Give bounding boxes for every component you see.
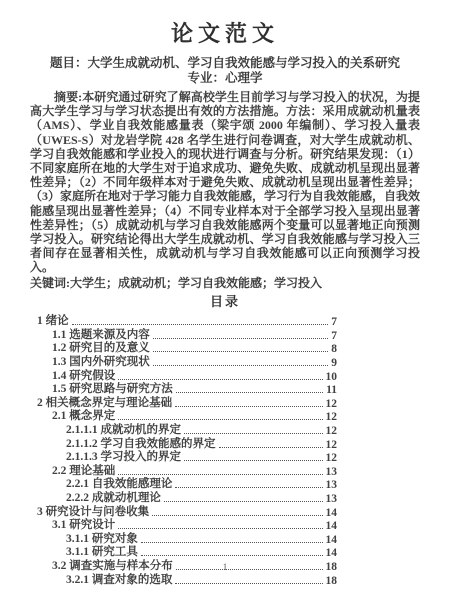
toc-dot-leader — [176, 392, 323, 393]
toc-entry-page: 12 — [326, 411, 338, 423]
toc-entry-page: 12 — [326, 425, 338, 437]
toc-entry-page: 12 — [326, 439, 338, 451]
toc-entry-page: 9 — [331, 357, 337, 369]
abstract-paragraph: 摘要:本研究通过研究了解高校学生目前学习与学习投入的状况，为提高大学生学习与学习… — [30, 90, 420, 275]
toc-dot-leader — [175, 583, 322, 584]
toc-entry-page: 13 — [326, 479, 338, 491]
major-line: 专业：心理学 — [30, 71, 420, 86]
toc-entry-page: 12 — [326, 398, 338, 410]
toc-dot-leader — [118, 528, 322, 529]
toc-dot-leader — [141, 542, 323, 543]
toc-entry-page: 13 — [326, 466, 338, 478]
toc-entry-page: 11 — [326, 384, 337, 396]
toc-list: 1 绪论71.1 选题来源及内容71.2 研究目的及意义81.3 国内外研究现状… — [37, 315, 337, 587]
toc-entry-page: 12 — [326, 452, 338, 464]
toc-entry-page: 7 — [331, 316, 337, 328]
toc-entry-page: 10 — [326, 371, 338, 383]
thesis-topic-line: 题目：大学生成就动机、学习自我效能感与学习投入的关系研究 — [30, 55, 420, 71]
document-page: 论文范文 题目：大学生成就动机、学习自我效能感与学习投入的关系研究 专业：心理学… — [0, 0, 450, 600]
toc-dot-leader — [219, 447, 323, 448]
toc-heading: 目录 — [30, 295, 420, 309]
toc-entry-page: 14 — [326, 520, 338, 532]
page-number: 1 — [0, 562, 450, 572]
toc-dot-leader — [152, 515, 322, 516]
toc-entry-page: 14 — [326, 507, 338, 519]
toc-entry-page: 14 — [326, 547, 338, 559]
toc-dot-leader — [164, 501, 323, 502]
toc-entry-page: 14 — [326, 534, 338, 546]
toc-entry-page: 13 — [326, 493, 338, 505]
keywords-line: 关键词:大学生；成就动机；学习自我效能感；学习投入 — [30, 276, 420, 290]
toc-dot-leader — [175, 487, 322, 488]
toc-entry-label: 3.2.1 调查对象的选取 — [66, 571, 172, 587]
toc-entry: 3.2.1 调查对象的选取18 — [37, 573, 337, 587]
toc-dot-leader — [184, 460, 323, 461]
toc-dot-leader — [153, 338, 329, 339]
toc-dot-leader — [175, 406, 322, 407]
toc-entry-page: 8 — [331, 343, 337, 355]
toc-dot-leader — [153, 365, 329, 366]
toc-entry-page: 7 — [331, 330, 337, 342]
toc-dot-leader — [153, 351, 329, 352]
toc-entry-page: 18 — [326, 575, 338, 587]
document-title: 论文范文 — [30, 20, 420, 48]
